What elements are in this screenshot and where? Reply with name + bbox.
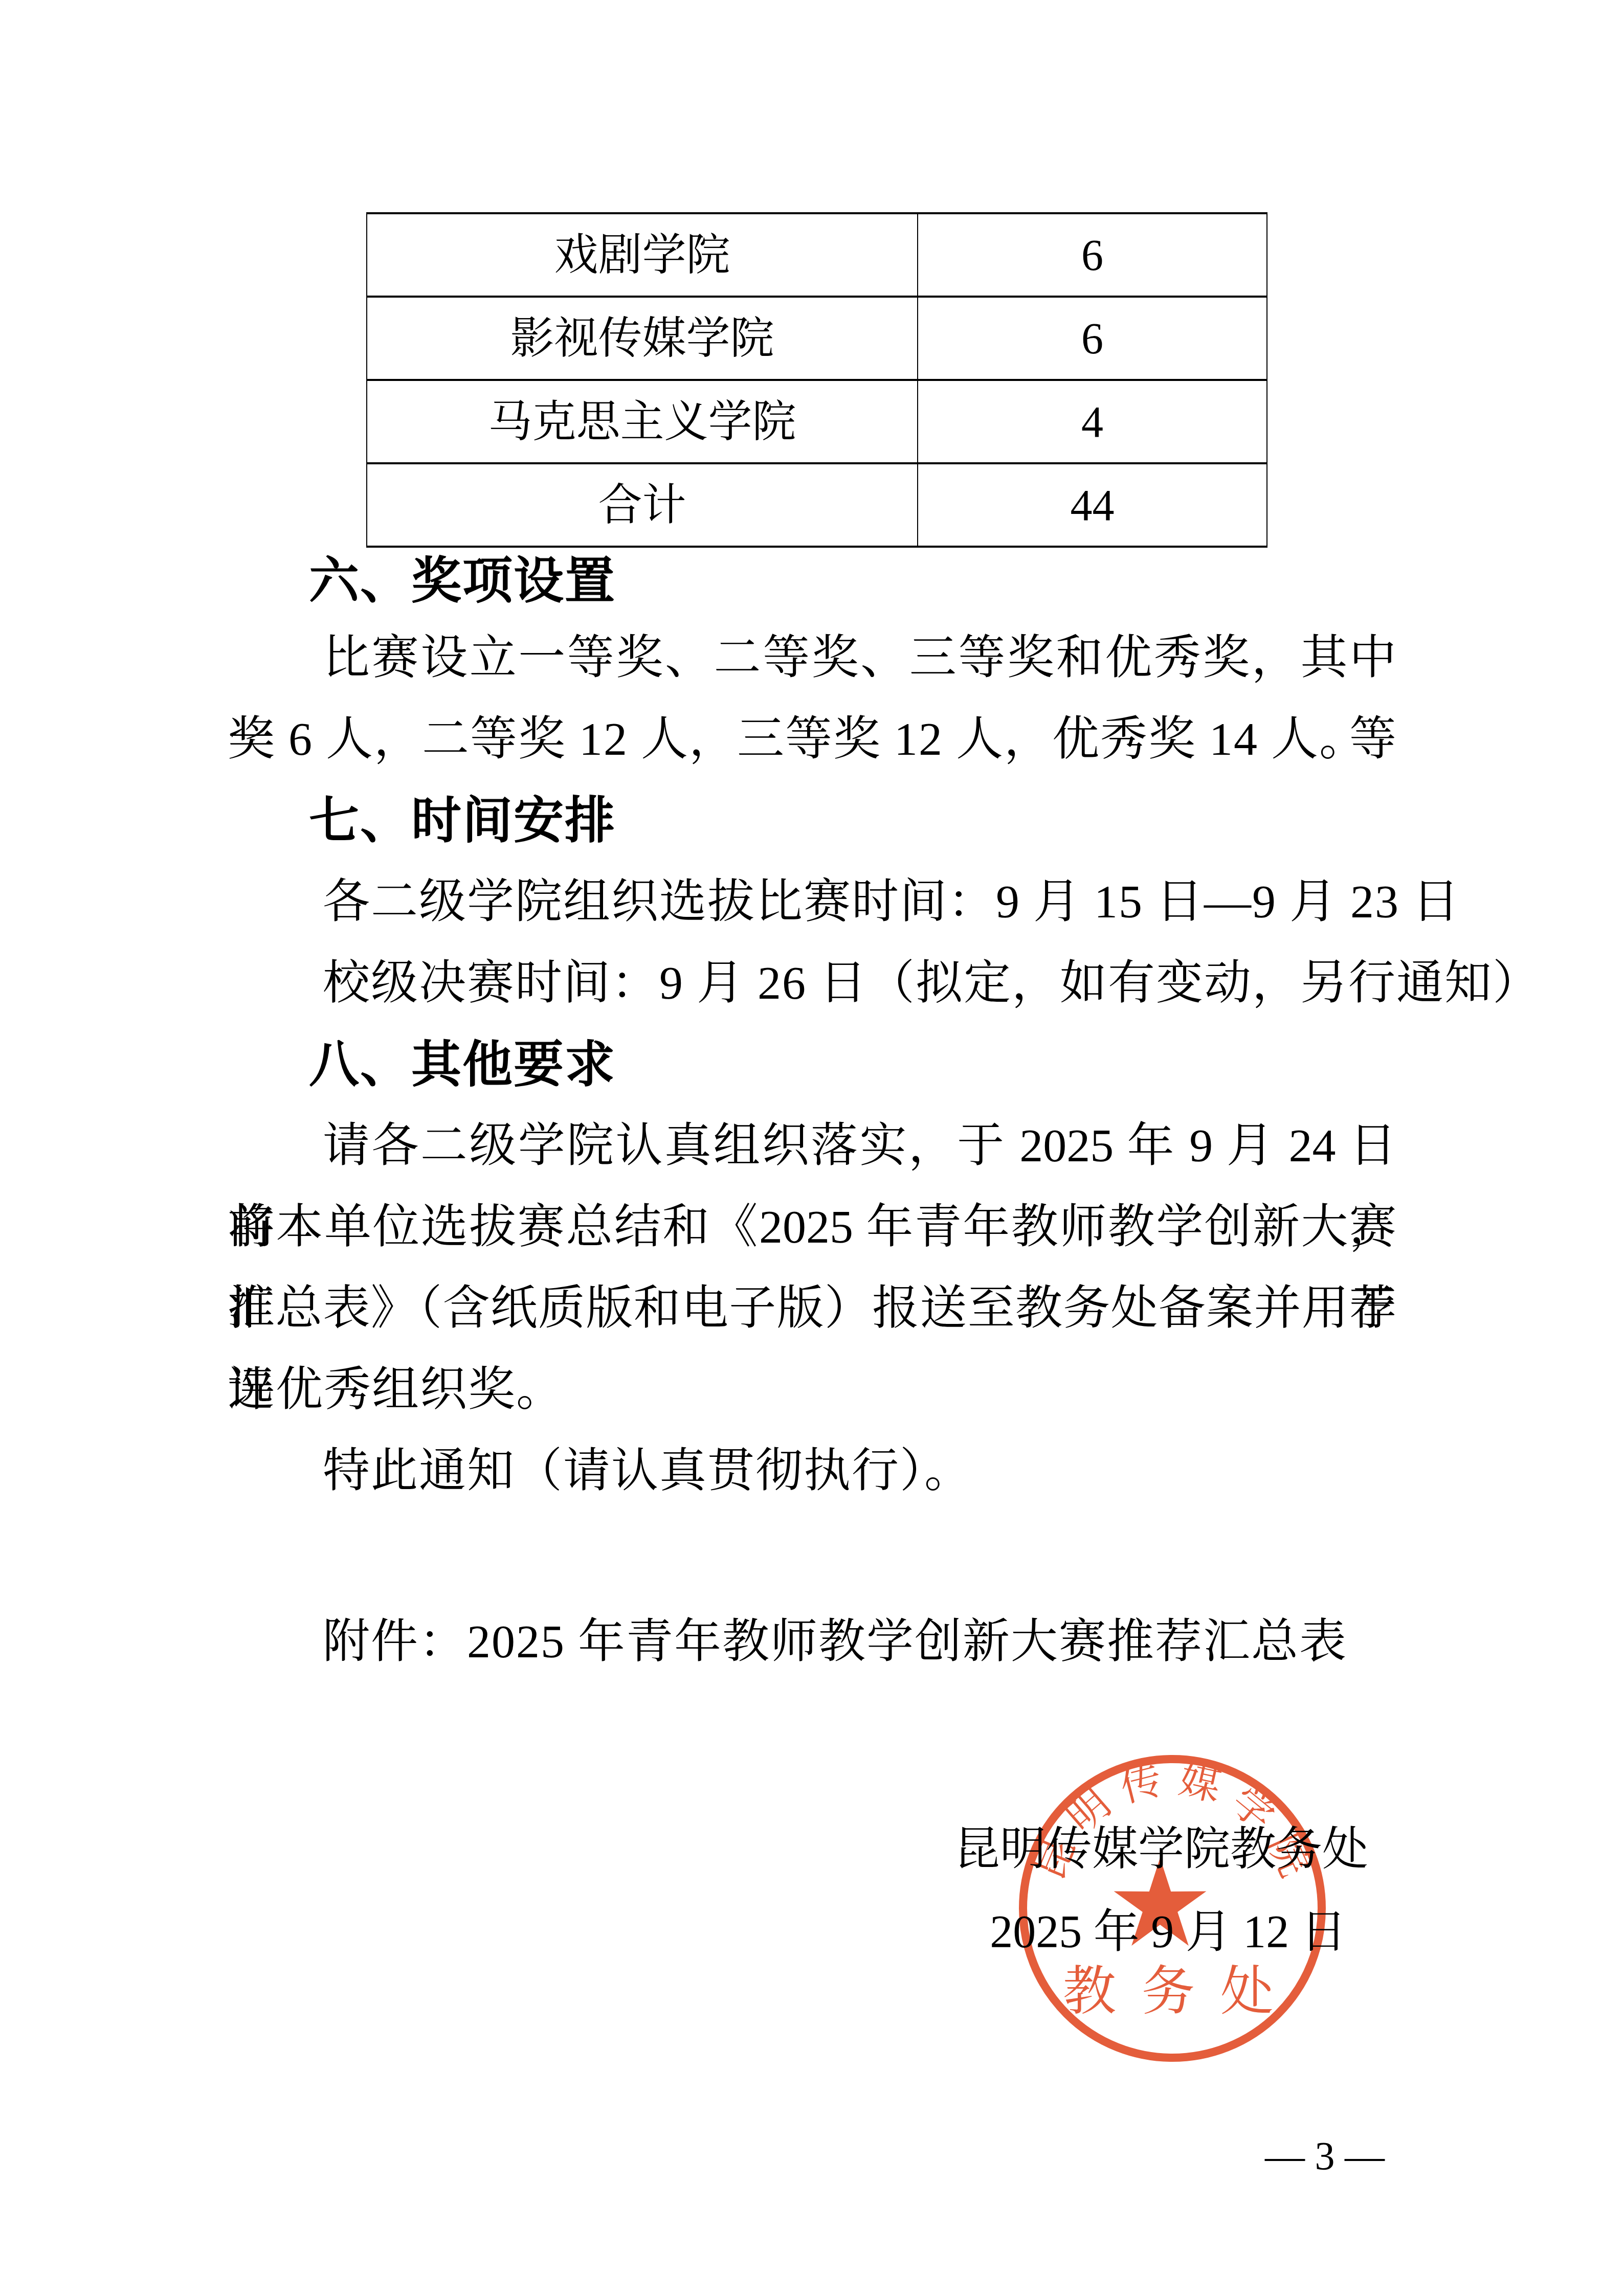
svg-text:昆明传媒学院: 昆明传媒学院 (1027, 1757, 1317, 1886)
other-text-line: 将本单位选拔赛总结和《2025 年青年教师教学创新大赛推荐 (228, 1186, 1396, 1268)
college-name-cell: 戏剧学院 (367, 213, 918, 297)
quota-count-cell: 4 (918, 380, 1267, 463)
section-heading-awards: 六、奖项设置 (309, 540, 616, 621)
quota-count-cell: 44 (918, 463, 1267, 547)
schedule-text-line: 各二级学院组织选拔比赛时间：9 月 15 日—9 月 23 日 (228, 861, 1396, 942)
notice-line: 特此通知（请认真贯彻执行）。 (228, 1430, 1396, 1512)
page-number: — 3 — (1171, 2115, 1478, 2196)
seal-star-icon (1114, 1858, 1207, 1946)
awards-text-line: 奖 6 人，二等奖 12 人，三等奖 12 人，优秀奖 14 人。 (228, 699, 1396, 780)
seal-arc-text: 昆明传媒学院 (1027, 1757, 1317, 1886)
quota-count-cell: 6 (918, 213, 1267, 297)
attachment-line: 附件：2025 年青年教师教学创新大赛推荐汇总表 (228, 1601, 1396, 1682)
other-text-line: 汇总表》（含纸质版和电子版）报送至教务处备案并用于评 (228, 1268, 1396, 1349)
table-row: 马克思主义学院 4 (367, 380, 1267, 463)
college-name-cell: 影视传媒学院 (367, 297, 918, 380)
schedule-text-line: 校级决赛时间：9 月 26 日（拟定，如有变动，另行通知） (228, 942, 1396, 1024)
section-heading-schedule: 七、时间安排 (309, 780, 616, 861)
college-name-cell: 马克思主义学院 (367, 380, 918, 463)
table-row: 合计 44 (367, 463, 1267, 547)
document-page: 戏剧学院 6 影视传媒学院 6 马克思主义学院 4 合计 44 六、奖项设置 比… (0, 0, 1624, 2296)
section-heading-other: 八、其他要求 (309, 1024, 616, 1105)
official-seal: 昆明传媒学院 教务处 (1015, 1751, 1330, 2066)
college-quota-table: 戏剧学院 6 影视传媒学院 6 马克思主义学院 4 合计 44 (366, 212, 1267, 548)
seal-bottom-text: 教务处 (1063, 1963, 1299, 2021)
awards-text-line: 比赛设立一等奖、二等奖、三等奖和优秀奖，其中一等 (228, 617, 1396, 699)
other-text-line: 请各二级学院认真组织落实，于 2025 年 9 月 24 日前， (228, 1105, 1396, 1186)
table-row: 影视传媒学院 6 (367, 297, 1267, 380)
table-row: 戏剧学院 6 (367, 213, 1267, 297)
other-text-line: 选优秀组织奖。 (228, 1349, 1396, 1430)
college-name-cell: 合计 (367, 463, 918, 547)
quota-count-cell: 6 (918, 297, 1267, 380)
